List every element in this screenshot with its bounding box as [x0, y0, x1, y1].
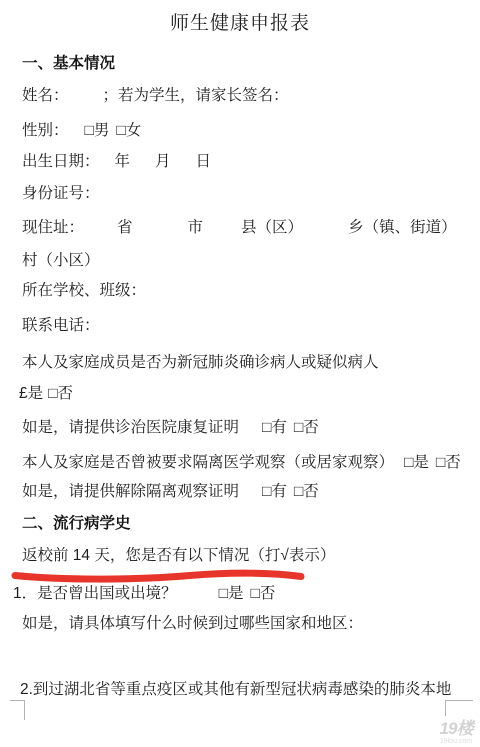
- covid-options-line: £是□否: [19, 383, 73, 405]
- gender-label: 性别：: [22, 120, 69, 142]
- address-county-label: 县（区）: [241, 217, 303, 239]
- quarantine-yes-checkbox[interactable]: □是: [404, 452, 429, 474]
- covid-yes-checkbox[interactable]: £是: [19, 383, 43, 405]
- parent-sign-note: ；若为学生，请家长签名：: [103, 85, 289, 107]
- school-class-label: 所在学校、班级：: [22, 280, 146, 302]
- address-township-label: 乡（镇、街道）: [348, 217, 457, 239]
- site-watermark: 19楼 19lou.com: [433, 720, 479, 745]
- gender-line: 性别：□男□女: [22, 120, 141, 142]
- release-cert-line: 如是，请提供解除隔离观察证明□有□否: [22, 481, 319, 503]
- section2-heading: 二、流行病学史: [22, 513, 131, 535]
- address-village-line: 村（小区）: [22, 250, 100, 272]
- recovery-no-checkbox[interactable]: □否: [294, 417, 319, 439]
- covid-question-line: 本人及家庭成员是否为新冠肺炎确诊病人或疑似病人: [22, 352, 379, 374]
- question2-label: 2.到过湖北省等重点疫区或其他有新型冠状病毒感染的肺炎本地: [20, 679, 451, 701]
- recovery-cert-label: 如是，请提供诊治医院康复证明: [22, 417, 239, 439]
- section1-heading: 一、基本情况: [22, 53, 115, 75]
- recovery-have-checkbox[interactable]: □有: [262, 417, 287, 439]
- release-cert-label: 如是，请提供解除隔离观察证明: [22, 481, 239, 503]
- recovery-cert-line: 如是，请提供诊治医院康复证明□有□否: [22, 417, 319, 439]
- gender-female-checkbox[interactable]: □女: [116, 120, 141, 142]
- dob-month-label: 月: [155, 151, 171, 173]
- question2-line: 2.到过湖北省等重点疫区或其他有新型冠状病毒感染的肺炎本地: [20, 679, 451, 701]
- covid-question-text: 本人及家庭成员是否为新冠肺炎确诊病人或疑似病人: [22, 352, 379, 374]
- text-boundary-mark-right: [445, 700, 473, 716]
- quarantine-no-checkbox[interactable]: □否: [436, 452, 461, 474]
- address-province-label: 省: [117, 217, 133, 239]
- question1-label: 1．是否曾出国或出境？: [13, 583, 177, 605]
- covid-no-checkbox[interactable]: □否: [48, 383, 73, 405]
- text-boundary-mark-left: [10, 700, 25, 720]
- page-title: 师生健康申报表: [0, 12, 480, 36]
- address-city-label: 市: [188, 217, 204, 239]
- id-number-label: 身份证号：: [22, 183, 100, 205]
- dob-year-label: 年: [115, 151, 131, 173]
- phone-line: 联系电话：: [22, 315, 100, 337]
- watermark-site-url: 19lou.com: [433, 738, 479, 745]
- question1-line: 1．是否曾出国或出境？□是□否: [13, 583, 275, 605]
- section2-intro-text: 返校前 14 天，您是否有以下情况（打√表示）: [22, 545, 335, 567]
- address-label: 现住址：: [22, 217, 84, 239]
- name-line: 姓名：；若为学生，请家长签名：: [22, 85, 289, 107]
- dob-day-label: 日: [196, 151, 212, 173]
- dob-label: 出生日期：: [22, 151, 100, 173]
- question1-no-checkbox[interactable]: □否: [251, 583, 276, 605]
- question1-followup-text: 如是，请具体填写什么时候到过哪些国家和地区：: [22, 613, 363, 635]
- gender-male-checkbox[interactable]: □男: [85, 120, 110, 142]
- id-number-line: 身份证号：: [22, 183, 100, 205]
- watermark-logo: 19楼: [433, 720, 479, 737]
- release-no-checkbox[interactable]: □否: [294, 481, 319, 503]
- section2-intro-line: 返校前 14 天，您是否有以下情况（打√表示）: [22, 545, 335, 567]
- address-village-label: 村（小区）: [22, 250, 100, 272]
- quarantine-question-text: 本人及家庭是否曾被要求隔离医学观察（或居家观察）: [22, 452, 394, 474]
- dob-line: 出生日期：年月日: [22, 151, 211, 173]
- name-label: 姓名：: [22, 85, 69, 107]
- address-line: 现住址：省市县（区）乡（镇、街道）: [22, 217, 457, 239]
- release-have-checkbox[interactable]: □有: [262, 481, 287, 503]
- document-page: 师生健康申报表 一、基本情况 姓名：；若为学生，请家长签名： 性别：□男□女 出…: [0, 0, 480, 747]
- question1-yes-checkbox[interactable]: □是: [219, 583, 244, 605]
- phone-label: 联系电话：: [22, 315, 100, 337]
- question1-followup-line: 如是，请具体填写什么时候到过哪些国家和地区：: [22, 613, 363, 635]
- quarantine-question-line: 本人及家庭是否曾被要求隔离医学观察（或居家观察）□是□否: [22, 452, 461, 474]
- school-line: 所在学校、班级：: [22, 280, 146, 302]
